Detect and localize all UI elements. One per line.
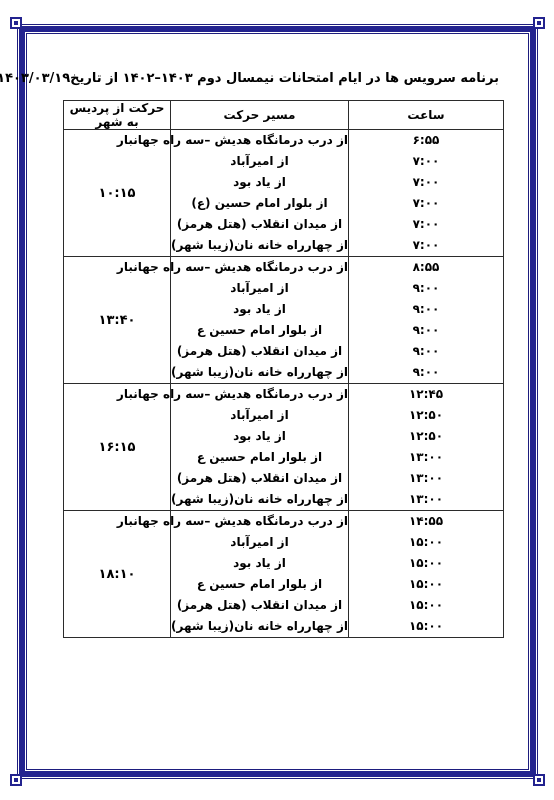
departure-time-value: ۱۸:۱۰ [64, 567, 170, 582]
route-value: از امیرآباد [171, 532, 348, 553]
time-value: ۱۵:۰۰ [349, 616, 503, 637]
route-value: از درب درمانگاه هدیش –سه راه جهانبار [171, 257, 348, 278]
departure-time-value: ۱۰:۱۵ [64, 186, 170, 201]
page-title: برنامه سرویس ها در ایام امتحانات نیمسال … [53, 71, 499, 86]
departure-time-value: ۱۶:۱۵ [64, 440, 170, 455]
schedule-block-3: ۱۲:۴۵ ۱۲:۵۰ ۱۲:۵۰ ۱۳:۰۰ ۱۳:۰۰ ۱۳:۰۰ از د… [64, 384, 504, 511]
time-value: ۱۵:۰۰ [349, 574, 503, 595]
routes-cell: از درب درمانگاه هدیش –سه راه جهانبار از … [171, 130, 349, 257]
border-corner-ornament-bottom-right [533, 774, 545, 786]
route-value: از یاد بود [171, 553, 348, 574]
time-value: ۹:۰۰ [349, 278, 503, 299]
route-value: از بلوار امام حسین ع [171, 320, 348, 341]
route-value: از چهارراه خانه نان(زیبا شهر) [171, 235, 348, 256]
route-value: از میدان انقلاب (هتل هرمز) [171, 341, 348, 362]
time-value: ۹:۰۰ [349, 362, 503, 383]
route-value: از میدان انقلاب (هتل هرمز) [171, 468, 348, 489]
time-value: ۷:۰۰ [349, 151, 503, 172]
times-cell: ۱۲:۴۵ ۱۲:۵۰ ۱۲:۵۰ ۱۳:۰۰ ۱۳:۰۰ ۱۳:۰۰ [349, 384, 504, 511]
border-corner-ornament-top-left [10, 17, 22, 29]
time-value: ۶:۵۵ [349, 130, 503, 151]
route-value: از درب درمانگاه هدیش –سه راه جهانبار [171, 511, 348, 532]
time-value: ۱۳:۰۰ [349, 468, 503, 489]
schedule-table: ساعت مسیر حرکت حرکت از پردیس به شهر ۶:۵۵… [63, 100, 504, 638]
time-value: ۱۵:۰۰ [349, 595, 503, 616]
column-header-time: ساعت [349, 101, 504, 130]
border-corner-ornament-top-right [533, 17, 545, 29]
schedule-block-1: ۶:۵۵ ۷:۰۰ ۷:۰۰ ۷:۰۰ ۷:۰۰ ۷:۰۰ از درب درم… [64, 130, 504, 257]
header-row: ساعت مسیر حرکت حرکت از پردیس به شهر [64, 101, 504, 130]
route-value: از درب درمانگاه هدیش –سه راه جهانبار [171, 384, 348, 405]
routes-cell: از درب درمانگاه هدیش –سه راه جهانبار از … [171, 384, 349, 511]
time-value: ۱۵:۰۰ [349, 553, 503, 574]
time-value: ۷:۰۰ [349, 172, 503, 193]
time-value: ۱۳:۰۰ [349, 447, 503, 468]
schedule-block-2: ۸:۵۵ ۹:۰۰ ۹:۰۰ ۹:۰۰ ۹:۰۰ ۹:۰۰ از درب درم… [64, 257, 504, 384]
route-value: از درب درمانگاه هدیش –سه راه جهانبار [171, 130, 348, 151]
route-value: از یاد بود [171, 299, 348, 320]
time-value: ۹:۰۰ [349, 299, 503, 320]
time-value: ۱۵:۰۰ [349, 532, 503, 553]
time-value: ۱۴:۵۵ [349, 511, 503, 532]
route-value: از چهارراه خانه نان(زیبا شهر) [171, 489, 348, 510]
time-value: ۷:۰۰ [349, 235, 503, 256]
times-cell: ۱۴:۵۵ ۱۵:۰۰ ۱۵:۰۰ ۱۵:۰۰ ۱۵:۰۰ ۱۵:۰۰ [349, 511, 504, 638]
route-value: از بلوار امام حسین ع [171, 574, 348, 595]
border-corner-ornament-bottom-left [10, 774, 22, 786]
departure-time-value: ۱۳:۴۰ [64, 313, 170, 328]
time-value: ۱۲:۴۵ [349, 384, 503, 405]
route-value: از بلوار امام حسین (ع) [171, 193, 348, 214]
time-value: ۱۳:۰۰ [349, 489, 503, 510]
time-value: ۹:۰۰ [349, 320, 503, 341]
time-value: ۱۲:۵۰ [349, 426, 503, 447]
route-value: از چهارراه خانه نان(زیبا شهر) [171, 616, 348, 637]
times-cell: ۶:۵۵ ۷:۰۰ ۷:۰۰ ۷:۰۰ ۷:۰۰ ۷:۰۰ [349, 130, 504, 257]
route-value: از یاد بود [171, 426, 348, 447]
route-value: از میدان انقلاب (هتل هرمز) [171, 595, 348, 616]
route-value: از بلوار امام حسین ع [171, 447, 348, 468]
time-value: ۷:۰۰ [349, 214, 503, 235]
route-value: از امیرآباد [171, 151, 348, 172]
route-value: از یاد بود [171, 172, 348, 193]
time-value: ۷:۰۰ [349, 193, 503, 214]
route-value: از امیرآباد [171, 278, 348, 299]
column-header-route: مسیر حرکت [171, 101, 349, 130]
route-value: از چهارراه خانه نان(زیبا شهر) [171, 362, 348, 383]
routes-cell: از درب درمانگاه هدیش –سه راه جهانبار از … [171, 257, 349, 384]
time-value: ۸:۵۵ [349, 257, 503, 278]
times-cell: ۸:۵۵ ۹:۰۰ ۹:۰۰ ۹:۰۰ ۹:۰۰ ۹:۰۰ [349, 257, 504, 384]
time-value: ۹:۰۰ [349, 341, 503, 362]
column-header-departure: حرکت از پردیس به شهر [64, 101, 171, 130]
schedule-block-4: ۱۴:۵۵ ۱۵:۰۰ ۱۵:۰۰ ۱۵:۰۰ ۱۵:۰۰ ۱۵:۰۰ از د… [64, 511, 504, 638]
route-value: از امیرآباد [171, 405, 348, 426]
routes-cell: از درب درمانگاه هدیش –سه راه جهانبار از … [171, 511, 349, 638]
route-value: از میدان انقلاب (هتل هرمز) [171, 214, 348, 235]
time-value: ۱۲:۵۰ [349, 405, 503, 426]
